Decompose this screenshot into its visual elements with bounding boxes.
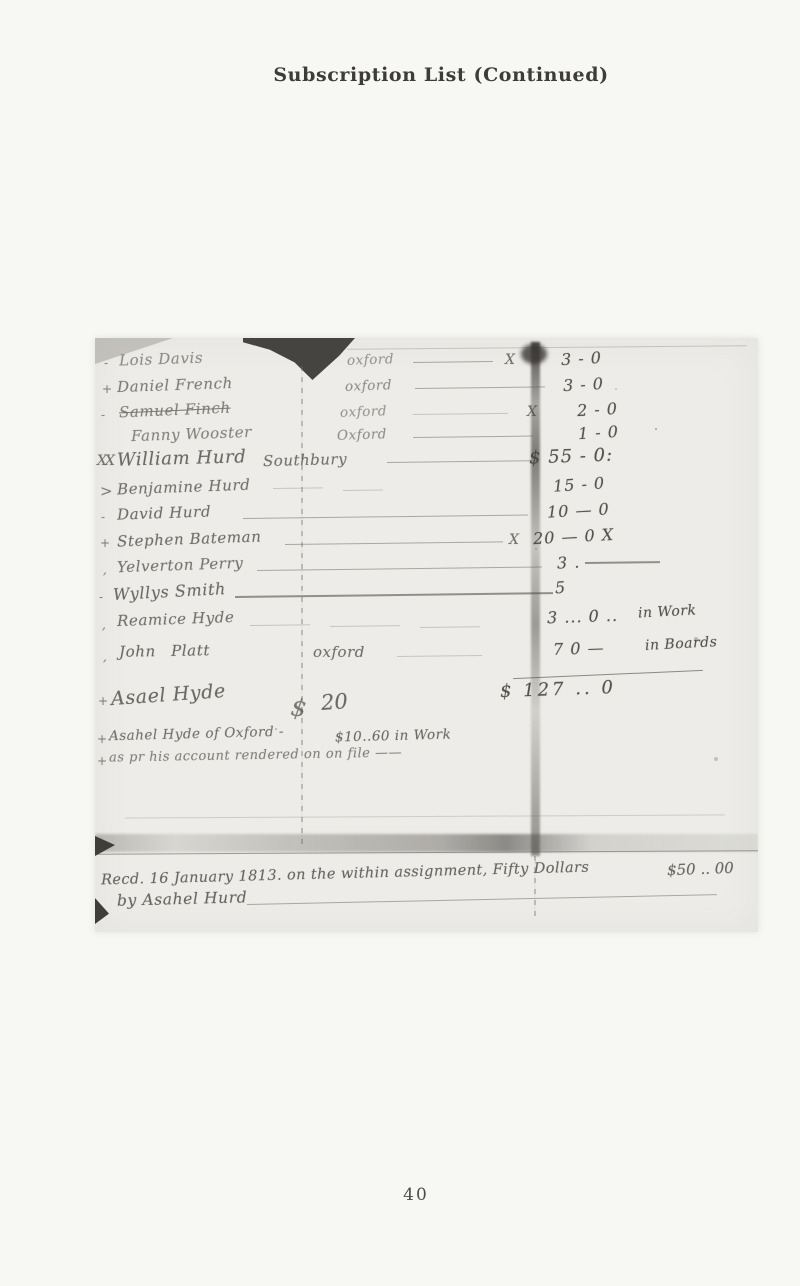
margin-mark: + — [97, 754, 107, 768]
margin-mark: - — [99, 590, 103, 604]
entry-amount: 1 - 0 — [578, 422, 620, 443]
margin-mark: , — [102, 618, 106, 632]
left-edge-tear — [95, 898, 109, 924]
entry-amount: 3 - 0 — [563, 374, 605, 395]
signature-rule — [247, 894, 717, 905]
entry-name: Samuel Finch — [119, 399, 231, 422]
entry-name: Yelverton Perry — [117, 554, 244, 576]
margin-mark: + — [98, 694, 108, 708]
hand-rule — [330, 625, 400, 627]
entry-name: David Hurd — [117, 502, 212, 523]
received-line1: Recd. 16 January 1813. on the within ass… — [101, 860, 590, 889]
scanned-document: - Lois Davis oxford X 3 - 0 + Daniel Fre… — [95, 338, 758, 932]
margin-mark: - — [104, 356, 108, 370]
entry-amount: 10 — 0 — [547, 499, 611, 521]
hand-rule — [413, 413, 508, 415]
entry-place: oxford — [347, 351, 394, 369]
hand-rule — [413, 361, 493, 363]
entry-place: oxford — [313, 643, 365, 661]
table-bottom-line — [125, 814, 725, 818]
margin-mark: XX — [97, 453, 113, 469]
entry-name: Fanny Wooster — [131, 423, 252, 445]
margin-mark: , — [103, 563, 107, 577]
entry-name: Daniel French — [117, 374, 233, 396]
entry-amount: 3 ... 0 .. — [547, 606, 619, 627]
entry-name: William Hurd — [117, 446, 247, 470]
horizontal-crease — [95, 834, 758, 852]
entry-name: Lois Davis — [119, 349, 204, 370]
entry-amount: 20 — 0 X — [533, 525, 615, 548]
addendum-value: $10..60 in Work — [335, 726, 452, 745]
hand-rule — [397, 655, 482, 657]
entry-place: Southbury — [263, 450, 348, 470]
hand-rule — [343, 490, 383, 491]
margin-mark: - — [101, 408, 105, 422]
page-number: 40 — [0, 1185, 800, 1205]
entry-name: John Platt — [119, 641, 210, 661]
entry-amount: 15 - 0 — [552, 473, 605, 496]
entry-amount: 7 0 — — [553, 638, 605, 659]
x-mark: X — [505, 352, 515, 368]
book-page: Subscription List (Continued) - Lois Dav… — [0, 0, 800, 1286]
margin-mark: + — [102, 382, 112, 396]
entry-amount: 5 — [554, 578, 566, 598]
margin-mark: - — [101, 510, 105, 524]
entry-note: in Boards — [645, 634, 718, 654]
addendum-value: 20 — [320, 689, 348, 715]
entry-place: oxford — [340, 403, 387, 421]
received-amount: $50 .. 00 — [667, 859, 734, 879]
hand-rule — [420, 626, 480, 628]
hand-rule — [413, 436, 533, 438]
entry-note: in Work — [638, 602, 697, 621]
hand-rule — [250, 624, 310, 626]
entry-name: Reamice Hyde — [117, 608, 235, 630]
margin-mark: > — [100, 482, 113, 500]
margin-mark: + — [100, 536, 110, 550]
hand-rule — [585, 561, 660, 564]
hand-rule — [243, 515, 528, 519]
received-line2: by Asahel Hurd — [117, 888, 248, 909]
entry-amount: 2 - 0 — [577, 399, 619, 420]
hand-rule — [387, 460, 532, 463]
hand-rule — [415, 386, 545, 389]
entry-place: oxford — [345, 377, 392, 395]
x-mark: X — [527, 404, 537, 420]
entry-place: Oxford — [337, 426, 387, 444]
entry-amount: $ 55 - 0: — [529, 445, 614, 469]
entry-name: Wyllys Smith — [113, 579, 227, 604]
hand-rule — [235, 592, 553, 598]
page-title: Subscription List (Continued) — [0, 64, 800, 86]
hand-rule — [285, 541, 503, 545]
hand-rule — [257, 567, 542, 571]
entry-amount: 3 - 0 — [561, 348, 603, 369]
entry-name: Benjamine Hurd — [117, 476, 251, 499]
margin-mark: , — [103, 650, 107, 664]
hand-rule — [273, 487, 323, 489]
margin-mark: + — [97, 732, 107, 746]
entry-name: Stephen Bateman — [117, 527, 262, 550]
total-amount: $ 127 .. 0 — [500, 677, 617, 702]
entry-amount: 3 . — [557, 552, 581, 572]
x-mark: X — [509, 532, 519, 548]
